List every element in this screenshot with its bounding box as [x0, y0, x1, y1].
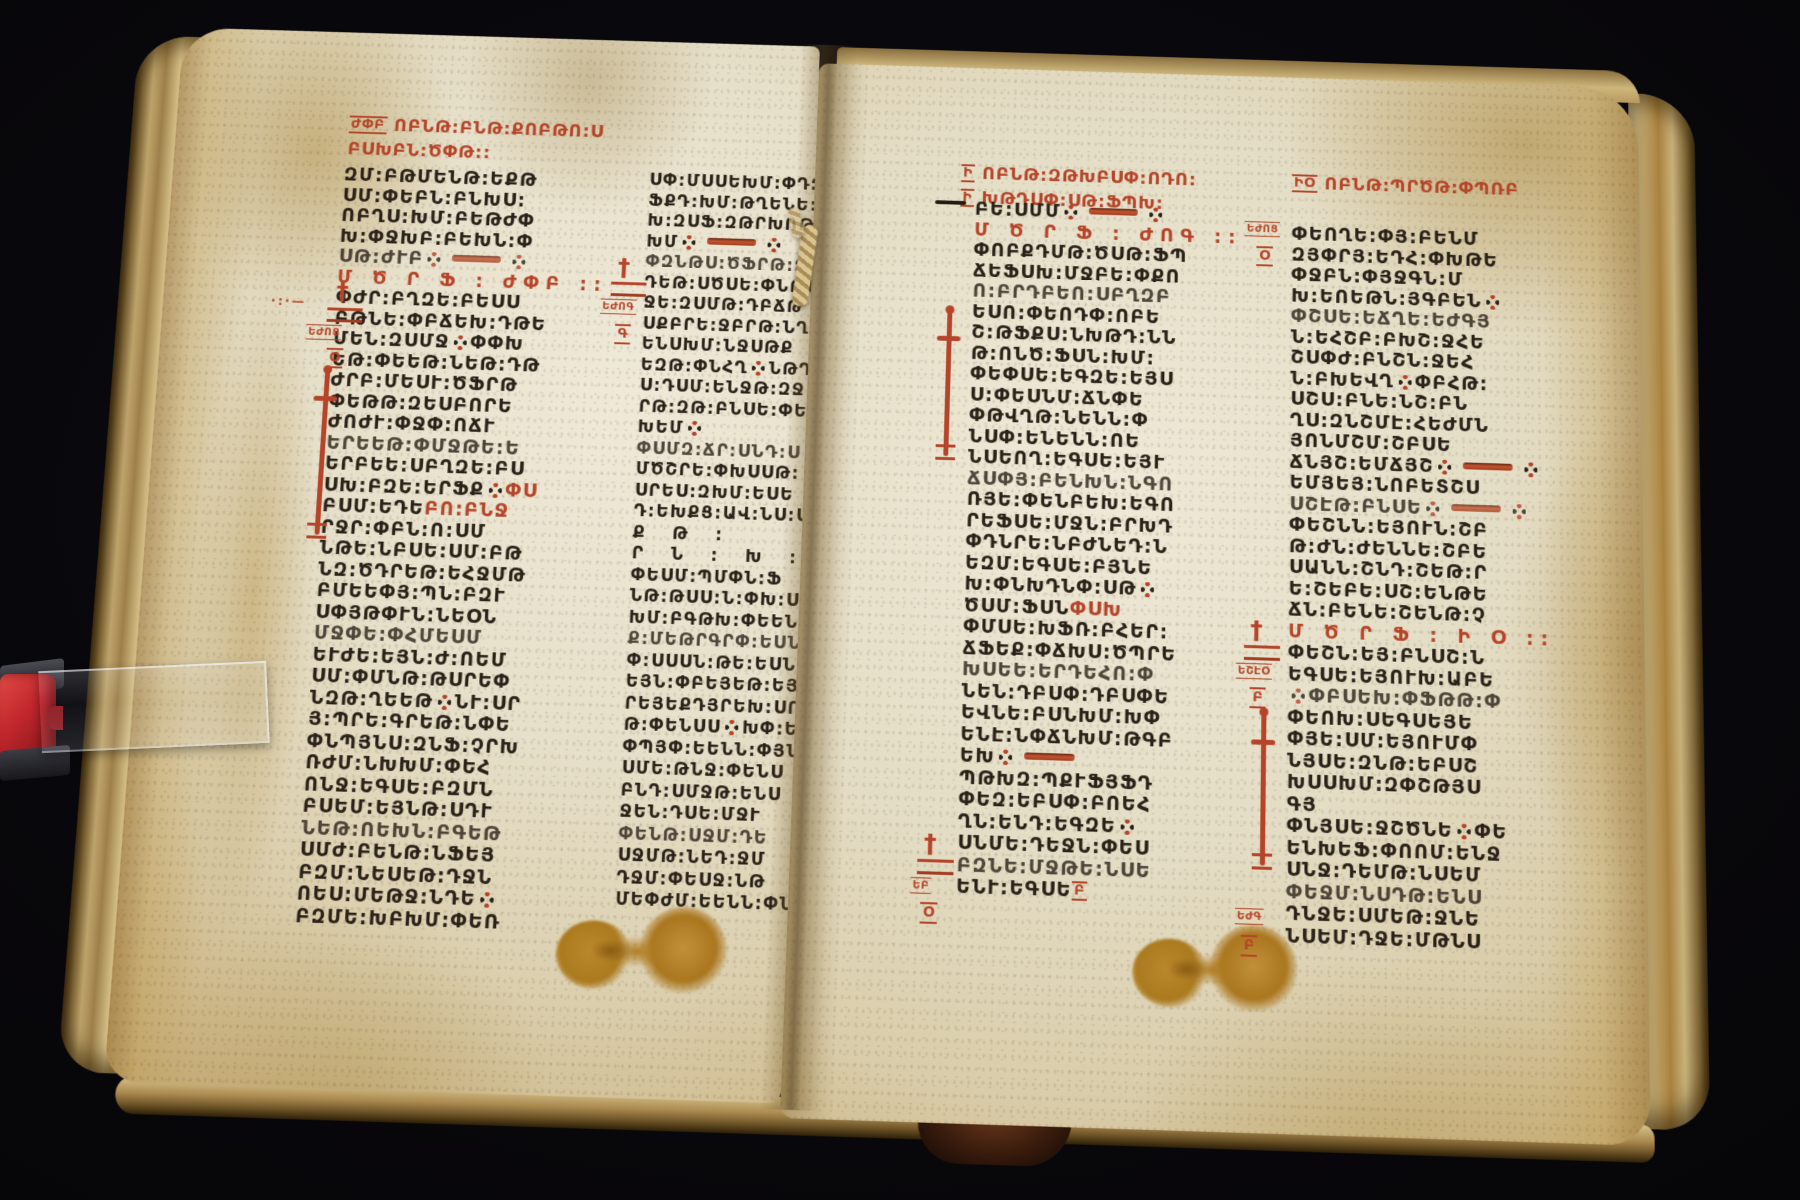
rubric-text: ՈԲՆԹ:ՊՐԾԹ:ՓՊՌԲ: [1317, 174, 1519, 200]
chapter-number: Օ: [920, 902, 938, 924]
cross-icon: †: [617, 255, 630, 279]
paragraph-divider-icon: [1065, 205, 1078, 220]
script-text: ՓԵ: [1474, 820, 1507, 843]
open-manuscript-book: ԺՓԲ ՈԲՆԹ:ԲՆԹ:ՔՈԲԹՈ:ՍԲՍԽԲՆ:ԾՓԹ:: ԶՄ:ԲԹՄԵՆ…: [46, 11, 1715, 1190]
chapter-number: Բ: [1241, 935, 1258, 957]
paragraph-divider-icon: [1524, 462, 1537, 477]
paragraph-divider-icon: [453, 335, 467, 350]
rubric-text: ՈԲՆԹ:ԲՆԹ:ՔՈԲԹՈ:Ս: [386, 116, 604, 142]
script-text: ՓՍՄԶ:ՃՐ:ՍՆԴ:Ս: [636, 438, 801, 463]
paragraph-divider-icon: [1513, 504, 1526, 519]
margin-note: ԵԲ: [910, 877, 931, 894]
script-text: ՆՍԵՄ:ԴՋԵ:ՄԹՆՍ: [1286, 924, 1482, 953]
paragraph-divider-icon: [688, 421, 701, 436]
rubric-text: ԲՍԽԲՆ:ԾՓԹ::: [347, 139, 491, 163]
red-filler-dash: [707, 237, 756, 245]
rubric-text: ՈԲՆԹ:ԶԹԽԲՍՓ:ՈԴՈ:: [975, 164, 1197, 191]
margin-note: ԵԺՈԳ: [600, 299, 637, 315]
script-text: ԵԶԹ:ՓՆՀՂ: [640, 355, 748, 378]
script-text: ՍԹ:ԺՒԲ: [338, 246, 424, 270]
script-text: ՓԵՆԹ:ՍՋՄ:ԴԵ: [618, 823, 768, 848]
double-bar-icon: [917, 859, 954, 875]
script-text: ՍՇԷԹ:ԲՆՍԵ: [1289, 493, 1422, 519]
script-text: ՓՓԽ: [470, 332, 525, 355]
chapter-number: Գ: [614, 324, 631, 344]
paragraph-divider-icon: [767, 237, 780, 252]
paragraph-divider-icon: [725, 720, 739, 736]
page-clamp: [0, 658, 276, 788]
paragraph-divider-icon: [512, 255, 525, 270]
paragraph-divider-icon: [752, 360, 765, 375]
text-column-4: ՓԵՈՂԵ:ՓՅ:ԲԵՆՄԶՅՓՐՅ:ԵԴՀ:ՓԽԹԵՓՋԲՆ:ՓՅՋԳՆ:ՄԽ…: [1286, 224, 1576, 956]
paragraph-divider-icon: [682, 235, 695, 250]
script-text: ԽՓ:Ե: [742, 718, 799, 740]
paragraph-divider-icon: [1292, 688, 1305, 703]
script-text: Թ:ՓԵՆՍՍ: [623, 715, 721, 738]
script-text: Ք:ՄԵԹՐԳՐՓ:ԵՍՆ: [627, 629, 801, 654]
ink-stain: [1132, 921, 1298, 1017]
paragraph-divider-icon: [1486, 295, 1499, 310]
paragraph-divider-icon: [437, 694, 451, 709]
chapter-number: Բ: [1249, 687, 1265, 708]
script-text: ՋԵՆ:ԴՍԵ:ՄՋՒ: [619, 801, 761, 826]
page-header-right-2: ԻՕ ՈԲՆԹ:ՊՐԾԹ:ՓՊՌԲ: [1292, 171, 1519, 202]
rubric-text: ՓՍԽ: [1070, 597, 1123, 620]
script-text: ՓԶՆԹՍ:ԾՖՐԹ:ԶՓ: [645, 252, 820, 277]
paragraph-divider-icon: [1120, 819, 1133, 835]
paragraph-divider-icon: [1426, 501, 1439, 516]
cross-icon: †: [924, 830, 937, 856]
paragraph-divider-icon: [999, 750, 1012, 766]
script-text: Ք Թ :: [632, 522, 733, 545]
script-text: ԽՄ: [646, 232, 679, 252]
cross-icon: †: [1250, 617, 1263, 642]
script-text: ՓԵՍՄ:ՊՄՓՆ:Ֆ: [630, 565, 782, 590]
red-filler-dash: [1024, 752, 1074, 761]
paragraph-divider-icon: [488, 483, 502, 498]
script-text: ՓԲՀԹ:: [1415, 371, 1489, 395]
script-text: ԲՆԴ:ՍՄՋԹ:ԵՆՍ: [620, 780, 782, 805]
header-line: ԻՕ ՈԲՆԹ:ՊՐԾԹ:ՓՊՌԲ: [1292, 171, 1519, 202]
ink-stain: [554, 903, 729, 1003]
right-page: Ի ՈԲՆԹ:ԶԹԽԲՍՓ:ՈԴՈ:Ի ԽԹԴՍՓ:ՍԹ:ՖՊԽ: ԻՕ ՈԲՆ…: [780, 63, 1651, 1146]
double-bar-icon: [611, 282, 647, 297]
lead-dots-icon: ∙:∙—: [270, 294, 306, 309]
tall-cross-icon: [1250, 713, 1276, 866]
paragraph-divider-icon: [480, 892, 494, 908]
paragraph-divider-icon: [1150, 208, 1163, 223]
cross-icon: †: [336, 279, 350, 303]
paragraph-divider-icon: [427, 252, 441, 267]
script-text: ՄՋՓԵ:ՓՀՄԵՍՄ: [313, 622, 483, 649]
script-text: ՆՒ:ՍՐ: [454, 691, 522, 715]
page-header-left: ԺՓԲ ՈԲՆԹ:ԲՆԹ:ՔՈԲԹՈ:ՍԲՍԽԲՆ:ԾՓԹ::: [347, 113, 605, 170]
rubric-text: ԻՕ: [1292, 174, 1317, 193]
script-text: ԵՆՍԽՄ:ՆՋՍԹՔ: [641, 334, 794, 358]
paragraph-divider-icon: [1438, 459, 1451, 474]
paragraph-divider-icon: [1457, 824, 1470, 840]
catch-dash-icon: [935, 200, 966, 205]
script-text: ԵԽ: [959, 744, 995, 767]
script-text: ՆԹՂ: [769, 359, 813, 380]
paragraph-divider-icon: [1398, 374, 1411, 389]
rubric-text: ԺՓԲ: [349, 115, 388, 134]
double-bar-icon: [1244, 645, 1280, 661]
margin-note: ԵՇԷՕ: [1236, 663, 1272, 680]
tall-cross-icon: [933, 311, 961, 457]
clear-acrylic-strip: [38, 661, 269, 753]
red-filler-dash: [1089, 208, 1138, 216]
margin-note: ԵԺՈՑ: [1245, 221, 1281, 237]
script-text: ԽԵՄ: [637, 417, 684, 438]
margin-note: ԵԺԳ: [1235, 908, 1264, 925]
double-bar-icon: [327, 307, 363, 322]
rubric-text: Ի: [961, 164, 975, 183]
left-page: ԺՓԲ ՈԲՆԹ:ԲՆԹ:ՔՈԲԹՈ:ՍԲՍԽԲՆ:ԾՓԹ:: ԶՄ:ԲԹՄԵՆ…: [104, 27, 820, 1103]
red-filler-dash: [1451, 504, 1501, 512]
rubric-text: ՓՍ: [505, 479, 539, 502]
script-text: ԴՋՄ:ՓԵՍՋ:ՆԹ: [616, 867, 766, 892]
text-column-3: ԲԵ:ՍՄՄՄ Ծ Ր Ֆ : ԺՈԳ ::ՓՈԲՔԴՄԹ:ԾՍԹ:ՖՊՃԵՖՍ…: [956, 199, 1258, 907]
rubric-text: Բ: [1072, 881, 1088, 901]
red-filler-dash: [452, 255, 501, 263]
paragraph-divider-icon: [1141, 582, 1154, 597]
chapter-number: Օ: [1256, 246, 1273, 266]
red-filler-dash: [1463, 462, 1513, 470]
margin-note: ԵԺՈՑ: [306, 324, 343, 341]
script-text: ԳՅ: [1287, 793, 1318, 816]
